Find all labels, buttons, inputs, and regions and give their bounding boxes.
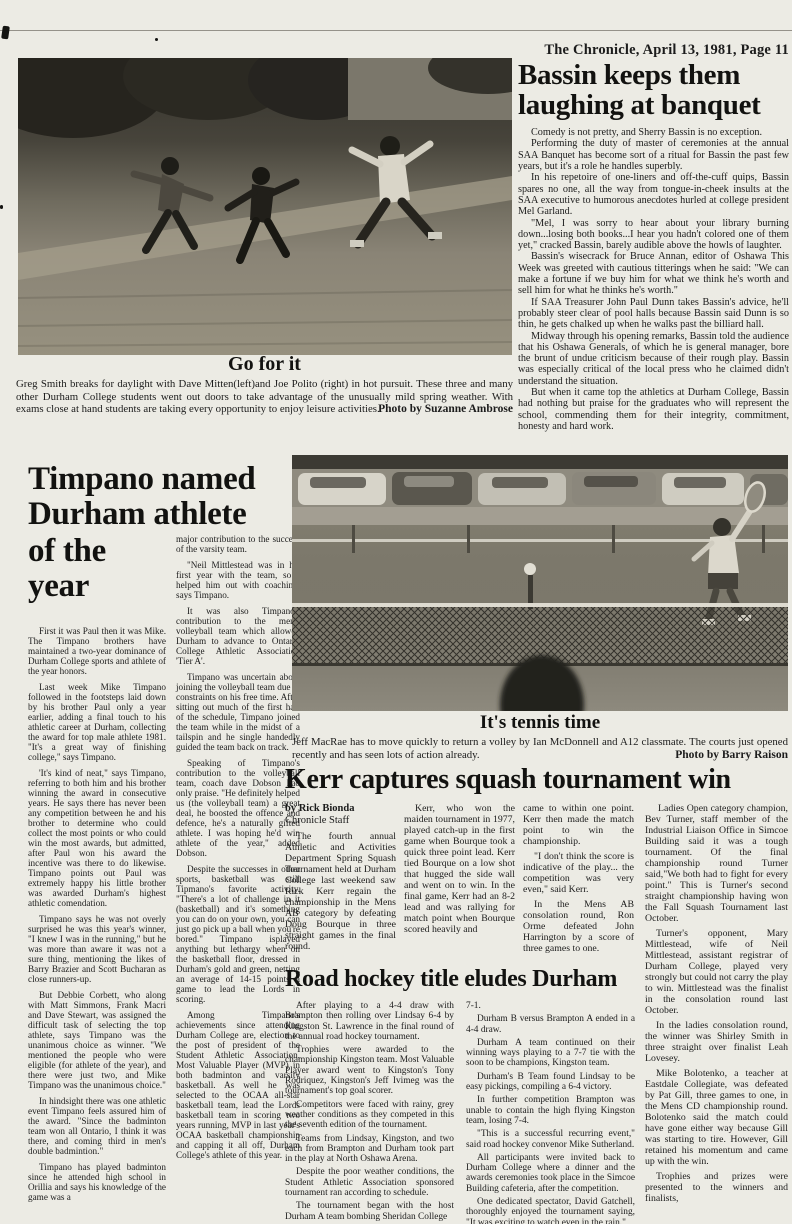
bassin-headline: Bassin keeps them laughing at banquet: [518, 61, 789, 120]
tennis-photo: [292, 455, 788, 711]
road-hockey-article: Road hockey title eludes Durham After pl…: [285, 966, 635, 1224]
byline: by Rick BiondaChronicle Staff: [285, 803, 396, 827]
paragraph: 'It's kind of neat," says Timpano, refer…: [28, 768, 166, 908]
scan-artifact: [155, 38, 158, 41]
paragraph: "Mel, I was sorry to hear about your lib…: [518, 218, 789, 252]
paragraph: The tournament began with the host Durha…: [285, 1201, 454, 1222]
paragraph: Performing the duty of master of ceremon…: [518, 138, 789, 172]
paragraph: Among Timpano's achievements since atten…: [176, 1010, 300, 1160]
go-for-it-caption-block: Go for it Greg Smith breaks for daylight…: [16, 353, 513, 415]
kerr-headline: Kerr captures squash tournament win: [285, 764, 788, 796]
paragraph: But when it came top the athletics at Du…: [518, 387, 789, 432]
net-mesh: [292, 607, 788, 663]
paragraph: Competitors were faced with rainy, grey …: [285, 1100, 454, 1131]
timpano-column-2: major contribution to the success of the…: [176, 534, 300, 1208]
paragraph: "Neil Mittlestead was in his first year …: [176, 560, 300, 600]
scan-artifact: [1, 26, 10, 40]
scan-artifact: [0, 205, 3, 209]
paragraph: Trophies were awarded to the championshi…: [285, 1045, 454, 1096]
paragraph: The fourth annual Athletic and Activitie…: [285, 831, 396, 952]
paragraph: Comedy is not pretty, and Sherry Bassin …: [518, 127, 789, 138]
timpano-column-1: of the year First it was Paul then it wa…: [28, 534, 166, 1208]
paragraph: "This is a successful recurring event," …: [466, 1129, 635, 1150]
paragraph: Trophies and prizes were presented to th…: [645, 1171, 788, 1204]
paragraph: But Debbie Corbett, who along with Matt …: [28, 990, 166, 1090]
tennis-caption-block: It's tennis time Jeff MacRae has to move…: [292, 712, 788, 761]
paragraph: It was also Timpano's contribution to th…: [176, 606, 300, 666]
paragraph: Ladies Open category champion, Bev Turne…: [645, 803, 788, 924]
timpano-headline: Timpano named Durham athlete: [28, 462, 300, 532]
bassin-article: The Chronicle, April 13, 1981, Page 11 B…: [518, 42, 789, 432]
kerr-column-2: Kerr, who won the maiden tournament in 1…: [404, 803, 515, 958]
paragraph: In his repetoire of one-liners and off-t…: [518, 172, 789, 217]
timpano-article: Timpano named Durham athlete of the year…: [28, 462, 300, 1208]
kerr-column-4: Ladies Open category champion, Bev Turne…: [645, 803, 788, 1224]
paragraph: came to within one point. Kerr then made…: [523, 803, 634, 847]
paragraph: Despite the successes in other sports, b…: [176, 864, 300, 1004]
paragraph: major contribution to the success of the…: [176, 534, 300, 554]
go-for-it-photo: [18, 58, 512, 355]
paragraph: Timpano was uncertain about joining the …: [176, 672, 300, 752]
paragraph: Kerr, who won the maiden tournament in 1…: [404, 803, 515, 935]
paragraph: In hindsight there was one athletic even…: [28, 1096, 166, 1156]
paragraph: Durham A team continued on their winning…: [466, 1038, 635, 1069]
paragraph: Speaking of Timpano's contribution to th…: [176, 758, 300, 858]
paragraph: Durham's B Team found Lindsay to be easy…: [466, 1072, 635, 1093]
parked-cars: [298, 472, 788, 505]
paragraph: If SAA Treasurer John Paul Dunn takes Ba…: [518, 297, 789, 331]
masthead: The Chronicle, April 13, 1981, Page 11: [518, 42, 789, 59]
paragraph: Turner's opponent, Mary Mittlestead, wif…: [645, 928, 788, 1016]
road-hockey-headline: Road hockey title eludes Durham: [285, 966, 635, 993]
paragraph: Despite the poor weather conditions, the…: [285, 1167, 454, 1198]
kerr-article: Kerr captures squash tournament win by R…: [285, 764, 788, 1224]
paragraph: Mike Bolotenko, a teacher at Eastdale Co…: [645, 1068, 788, 1167]
paragraph: Bassin's wisecrack for Bruce Annan, edit…: [518, 251, 789, 296]
net-top-band: [292, 603, 788, 607]
road-hockey-column-b: 7-1. Durham B versus Brampton A ended in…: [466, 1001, 635, 1224]
tree-strip: [292, 455, 788, 469]
paragraph: In further competition Brampton was unab…: [466, 1095, 635, 1126]
kerr-column-3: came to within one point. Kerr then made…: [523, 803, 634, 958]
paragraph: Midway through his opening remarks, Bass…: [518, 331, 789, 387]
pavement: [292, 507, 788, 525]
timpano-headline-line3: of the year: [28, 534, 166, 604]
paragraph: Last week Mike Timpano followed in the f…: [28, 682, 166, 762]
go-for-it-photo-illustration: [18, 58, 512, 355]
road-hockey-column-a: After playing to a 4-4 draw with Brampto…: [285, 1001, 454, 1224]
paragraph: First it was Paul then it was Mike. The …: [28, 626, 166, 676]
paragraph: "I don't think the score is indicative o…: [523, 851, 634, 895]
paragraph: In the ladies consolation round, the win…: [645, 1020, 788, 1064]
paragraph: 7-1.: [466, 1001, 635, 1011]
paragraph: After playing to a 4-4 draw with Brampto…: [285, 1001, 454, 1042]
caption-title: Go for it: [16, 353, 513, 376]
paragraph: One dedicated spectator, David Gatchell,…: [466, 1197, 635, 1224]
paragraph: Timpano says he was not overly surprised…: [28, 914, 166, 984]
top-rule: [0, 30, 792, 31]
paragraph: Timpano has played badminton since he at…: [28, 1162, 166, 1202]
caption-title: It's tennis time: [292, 712, 788, 734]
paragraph: In the Mens AB consolation round, Ron Or…: [523, 899, 634, 954]
kerr-column-1: by Rick BiondaChronicle Staff The fourth…: [285, 803, 396, 958]
paragraph: Teams from Lindsay, Kingston, and two ea…: [285, 1134, 454, 1165]
paragraph: All participants were invited back to Du…: [466, 1153, 635, 1194]
newspaper-page: { "colors": { "paper": "#ecebe4", "ink":…: [0, 0, 792, 1224]
paragraph: Durham B versus Brampton A ended in a 4-…: [466, 1014, 635, 1035]
tennis-photo-illustration: [292, 455, 788, 711]
